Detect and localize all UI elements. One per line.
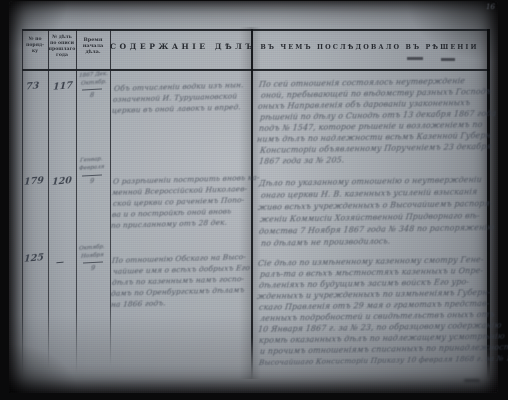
header-line: ку [22,49,48,55]
contents-line: по присланному отъ 28 дек. [111,218,228,230]
row-case-number: 117 [53,80,73,93]
resolution-line: домства 7 Ноября 1867 года № 348 по расп… [259,223,495,236]
row-date-day: 9 [91,264,96,272]
header-smudge [407,57,423,60]
row-date: 1867 Дек. [79,71,108,79]
resolution-line: по дѣламъ не производилось. [261,237,391,248]
document-page: 16 № по поряд- ку № дѣлъ по описи прошла… [9,1,498,393]
corner-shadow [9,343,79,393]
row-case-number: 120 [52,175,72,188]
column-rule [76,29,77,373]
header-line: года [48,53,76,59]
header-line: дѣла. [76,49,110,55]
row-date: Октябр. [79,244,105,252]
row-date-day: 9 [90,177,95,185]
row-case-number: — [56,257,64,268]
row-order-number: 73 [26,80,40,92]
ink-smudge [464,379,480,382]
row-date: Ноября [81,252,104,260]
header-bottom-rule [22,69,490,71]
row-order-number: 125 [24,252,44,265]
resolution-line: женіи Коммисіи Хозяйственной Придворнаго… [260,211,481,224]
row-date: Генвар. [80,156,103,164]
corner-shadow [408,1,498,61]
column-rule [110,29,111,366]
table-top-rule [22,29,490,31]
contents-line: дамъ по Оренбургскимъ дѣламъ [111,285,245,298]
header-date: Время начала дѣла. [76,37,110,55]
contents-line: на 1866 годъ. [111,298,167,309]
page-number: 16 [486,3,495,11]
resolution-line: Дѣло по указанному отношенію о неутвержд… [259,175,483,188]
row-date-day: 8 [90,91,95,99]
header-contents: СОДЕРЖАНІЕ ДѢЛЪ [110,42,251,51]
resolution-line: 1867 года за № 205. [259,155,345,166]
table-left-rule [22,29,23,377]
row-date: Февраля [79,164,105,172]
center-divider-rule [251,29,253,379]
resolution-line: живо всѣхъ учрежденныхъ о Высочайшемъ ра… [258,199,494,212]
column-rule [48,29,49,369]
scanned-archive-photo: { "photo": { "page_number": "16", "color… [0,0,508,400]
header-order-no: № по поряд- ку [22,37,48,55]
resolution-line: Высочайшаго Консисторіи Приказу 10 февра… [259,353,508,367]
resolution-line: онаго церкви Н. В. казенныхъ усиленій вз… [261,187,478,200]
resolution-line: Консисторіи объявленному Порученіемъ 23 … [260,142,493,155]
row-date: Октябр. [81,79,107,87]
header-case-no: № дѣлъ по описи прошлаго года [48,35,76,59]
header-smudge [441,58,455,61]
header-resolution: ВЪ ЧЕМЪ ПОСЛѢДОВАЛО ВЪ РѢШЕНІИ [252,43,487,51]
contents-line: церкви въ оной лавокъ и впред. [112,102,242,115]
row-order-number: 179 [24,175,44,188]
